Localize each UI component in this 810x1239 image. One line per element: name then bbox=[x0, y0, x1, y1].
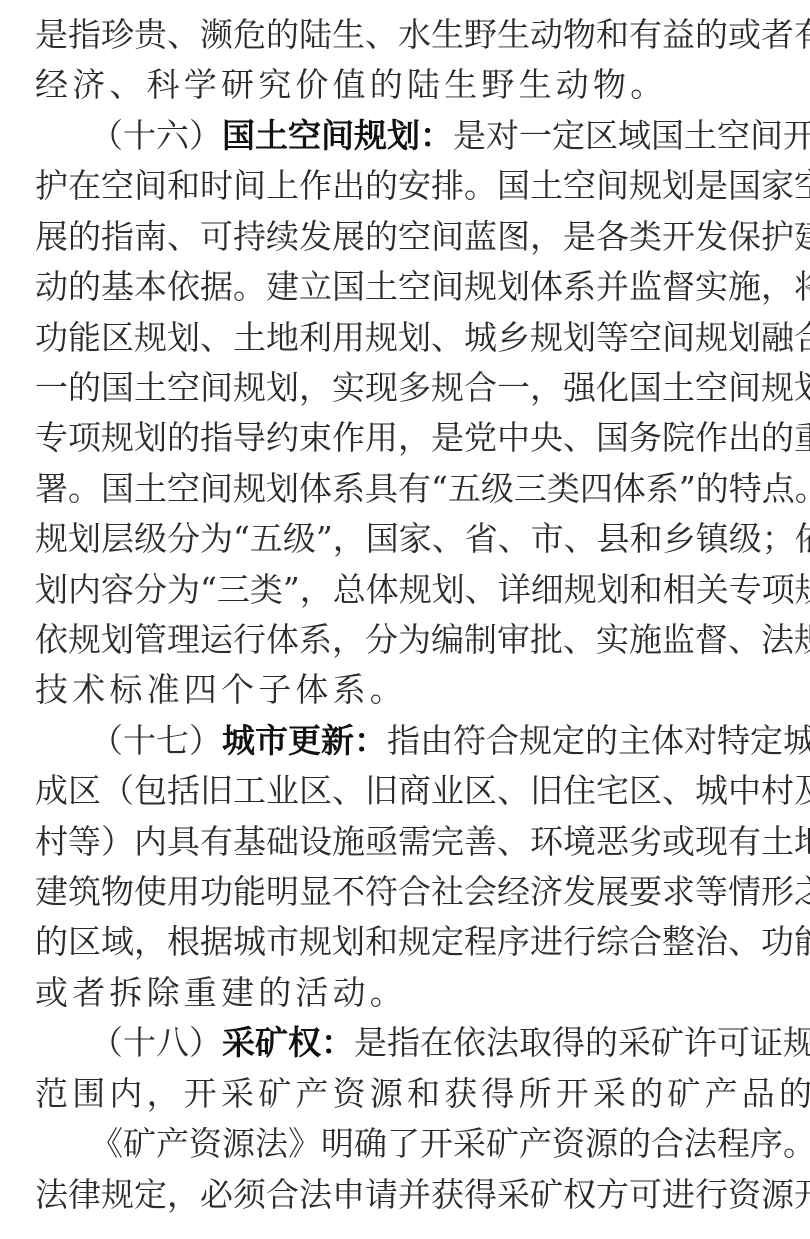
line-text: 是指珍贵、濒危的陆生、水生野生动物和有益的或者有重要 bbox=[35, 15, 810, 54]
line-text: 村等）内具有基础设施亟需完善、环境恶劣或现有土地用途、 bbox=[35, 822, 810, 861]
text-line: 技术标准四个子体系。 bbox=[35, 665, 781, 715]
line-text: 经济、科学研究价值的陆生野生动物。 bbox=[35, 65, 667, 104]
line-text: 功能区规划、土地利用规划、城乡规划等空间规划融合为统 bbox=[35, 318, 810, 357]
section-number: （十六） bbox=[90, 116, 222, 155]
text-line: 护在空间和时间上作出的安排。国土空间规划是国家空间发 bbox=[35, 161, 781, 211]
text-line: 村等）内具有基础设施亟需完善、环境恶劣或现有土地用途、 bbox=[35, 817, 781, 867]
section-number: （十七） bbox=[90, 721, 222, 760]
text-line: 动的基本依据。建立国土空间规划体系并监督实施，将主体 bbox=[35, 262, 781, 312]
text-line: 建筑物使用功能明显不符合社会经济发展要求等情形之一 bbox=[35, 867, 781, 917]
line-text: 署。国土空间规划体系具有“五级三类四体系”的特点。依 bbox=[35, 469, 810, 508]
line-text: 范围内，开采矿产资源和获得所开采的矿产品的权利。 bbox=[35, 1074, 810, 1113]
section-heading-17: （十七）城市更新：指由符合规定的主体对特定城市建 bbox=[90, 716, 781, 766]
section-term: 城市更新： bbox=[222, 721, 387, 760]
section-number: （十八） bbox=[90, 1023, 222, 1062]
line-text: 专项规划的指导约束作用，是党中央、国务院作出的重大部 bbox=[35, 418, 810, 457]
section-heading-18: （十八）采矿权：是指在依法取得的采矿许可证规定的 bbox=[90, 1018, 781, 1068]
text-line: 依规划管理运行体系，分为编制审批、实施监督、法规政策、 bbox=[35, 615, 781, 665]
line-text: 成区（包括旧工业区、旧商业区、旧住宅区、城中村及旧屋 bbox=[35, 771, 810, 810]
line-text: 的区域，根据城市规划和规定程序进行综合整治、功能改变 bbox=[35, 922, 810, 961]
text-line: 一的国土空间规划，实现多规合一，强化国土空间规划对各 bbox=[35, 363, 781, 413]
text-line: 的区域，根据城市规划和规定程序进行综合整治、功能改变 bbox=[35, 917, 781, 967]
text-line: 成区（包括旧工业区、旧商业区、旧住宅区、城中村及旧屋 bbox=[35, 766, 781, 816]
text-line: 划内容分为“三类”，总体规划、详细规划和相关专项规划； bbox=[35, 565, 781, 615]
text-line: 法律规定，必须合法申请并获得采矿权方可进行资源开采。 bbox=[35, 1170, 781, 1220]
text-line: 规划层级分为“五级”，国家、省、市、县和乡镇级；依规 bbox=[35, 514, 781, 564]
line-text: 规划层级分为“五级”，国家、省、市、县和乡镇级；依规 bbox=[35, 519, 810, 558]
text-line: 是指珍贵、濒危的陆生、水生野生动物和有益的或者有重要 bbox=[35, 10, 781, 60]
section-heading-16: （十六）国土空间规划：是对一定区域国土空间开发保 bbox=[90, 111, 781, 161]
text-line: 功能区规划、土地利用规划、城乡规划等空间规划融合为统 bbox=[35, 313, 781, 363]
line-text: 依规划管理运行体系，分为编制审批、实施监督、法规政策、 bbox=[35, 620, 810, 659]
line-text: 是对一定区域国土空间开发保 bbox=[453, 116, 810, 155]
text-line: 展的指南、可持续发展的空间蓝图，是各类开发保护建设活 bbox=[35, 212, 781, 262]
line-text: 一的国土空间规划，实现多规合一，强化国土空间规划对各 bbox=[35, 368, 810, 407]
section-term: 国土空间规划： bbox=[222, 116, 453, 155]
document-page: 是指珍贵、濒危的陆生、水生野生动物和有益的或者有重要 经济、科学研究价值的陆生野… bbox=[0, 0, 810, 1239]
line-text: 法律规定，必须合法申请并获得采矿权方可进行资源开采。 bbox=[35, 1175, 810, 1214]
text-line: 专项规划的指导约束作用，是党中央、国务院作出的重大部 bbox=[35, 413, 781, 463]
line-text: 《矿产资源法》明确了开采矿产资源的合法程序。按照 bbox=[90, 1124, 810, 1163]
line-text: 划内容分为“三类”，总体规划、详细规划和相关专项规划； bbox=[35, 570, 810, 609]
text-line: 署。国土空间规划体系具有“五级三类四体系”的特点。依 bbox=[35, 464, 781, 514]
line-text: 展的指南、可持续发展的空间蓝图，是各类开发保护建设活 bbox=[35, 217, 810, 256]
line-text: 指由符合规定的主体对特定城市建 bbox=[387, 721, 810, 760]
line-text: 护在空间和时间上作出的安排。国土空间规划是国家空间发 bbox=[35, 166, 810, 205]
line-text: 建筑物使用功能明显不符合社会经济发展要求等情形之一 bbox=[35, 872, 810, 911]
line-text: 或者拆除重建的活动。 bbox=[35, 973, 407, 1012]
text-line: 范围内，开采矿产资源和获得所开采的矿产品的权利。 bbox=[35, 1069, 781, 1119]
line-text: 技术标准四个子体系。 bbox=[35, 670, 407, 709]
line-text: 动的基本依据。建立国土空间规划体系并监督实施，将主体 bbox=[35, 267, 810, 306]
section-term: 采矿权： bbox=[222, 1023, 354, 1062]
text-line: 经济、科学研究价值的陆生野生动物。 bbox=[35, 60, 781, 110]
line-text: 是指在依法取得的采矿许可证规定的 bbox=[354, 1023, 810, 1062]
text-line: 或者拆除重建的活动。 bbox=[35, 968, 781, 1018]
text-line-indented: 《矿产资源法》明确了开采矿产资源的合法程序。按照 bbox=[90, 1119, 781, 1169]
